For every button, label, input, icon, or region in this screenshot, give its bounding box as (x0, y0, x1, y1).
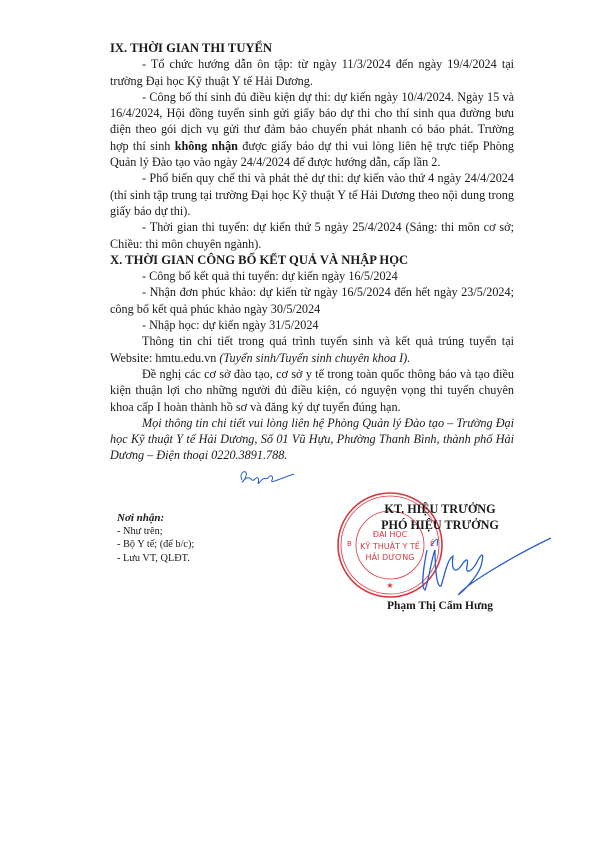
recipient-item: - Bộ Y tế; (để b/c); (117, 538, 194, 551)
contact-paragraph: Mọi thông tin chi tiết vui lòng liên hệ … (110, 415, 514, 464)
recipient-item: - Như trên; (117, 525, 194, 538)
request-paragraph: Đề nghị các cơ sở đào tạo, cơ sở y tế tr… (110, 366, 514, 415)
recipient-item: - Lưu VT, QLĐT. (117, 552, 194, 565)
handwritten-signature-icon (395, 510, 555, 600)
svg-text:★: ★ (386, 581, 393, 590)
svg-text:B: B (347, 540, 352, 548)
info-link-path: (Tuyển sinh/Tuyển sinh chuyên khoa I). (219, 351, 410, 365)
x-item-3: - Nhập học: dự kiến ngày 31/5/2024 (110, 317, 514, 333)
signer-name: Phạm Thị Cẩm Hưng (345, 600, 535, 612)
ix-item-1: - Tổ chức hướng dẫn ôn tập: từ ngày 11/3… (110, 56, 514, 89)
section-x-heading: X. THỜI GIAN CÔNG BỐ KẾT QUẢ VÀ NHẬP HỌC (110, 252, 514, 268)
initials-signature-icon (236, 466, 296, 488)
x-item-2: - Nhận đơn phúc khảo: dự kiến từ ngày 16… (110, 284, 514, 317)
info-paragraph: Thông tin chi tiết trong quá trình tuyển… (110, 333, 514, 366)
section-ix-heading: IX. THỜI GIAN THI TUYỂN (110, 40, 514, 56)
recipients-block: Nơi nhận: - Như trên; - Bộ Y tế; (để b/c… (117, 512, 194, 565)
x-item-1: - Công bố kết quả thi tuyển: dự kiến ngà… (110, 268, 514, 284)
document-body: IX. THỜI GIAN THI TUYỂN - Tổ chức hướng … (110, 40, 514, 464)
recipients-title: Nơi nhận: (117, 512, 194, 525)
ix-item-2-bold: không nhận (175, 139, 238, 153)
ix-item-3: - Phổ biến quy chế thi và phát thẻ dự th… (110, 170, 514, 219)
ix-item-4: - Thời gian thi tuyển: dự kiến thứ 5 ngà… (110, 219, 514, 252)
ix-item-2: - Công bố thí sinh đủ điều kiện dự thi: … (110, 89, 514, 170)
ix-item-2-rest: được giấy báo dự thi vui lòng liên hệ tr… (110, 139, 514, 169)
